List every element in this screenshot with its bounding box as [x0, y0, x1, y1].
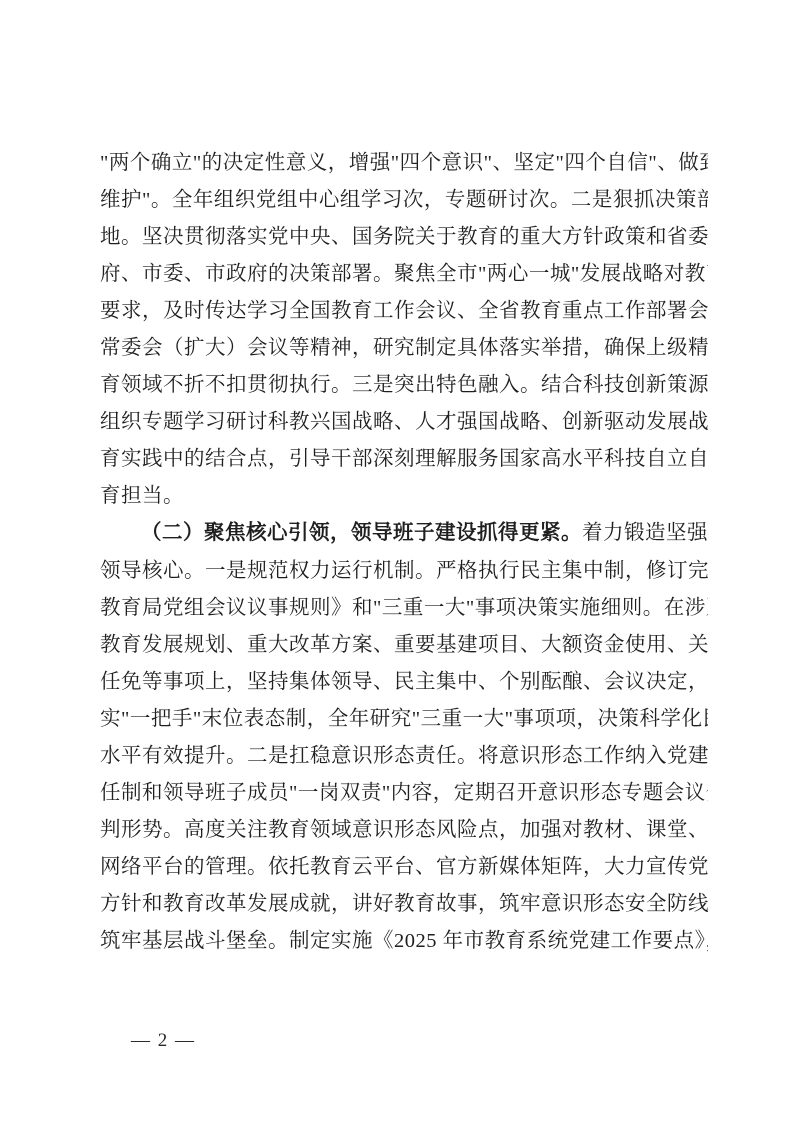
section-heading-tail: 着力锻造坚强有力的: [582, 522, 708, 544]
text-line: 育担当。: [100, 478, 708, 515]
text-line: 判形势。高度关注教育领域意识形态风险点，加强对教材、课堂、讲座、: [100, 812, 708, 849]
page-number: — 2 —: [131, 1029, 196, 1053]
text-line: 筑牢基层战斗堡垒。制定实施《2025 年市教育系统党建工作要点》，扎实: [100, 923, 708, 960]
text-line: 要求，及时传达学习全国教育工作会议、全省教育重点工作部署会、市委: [100, 293, 708, 330]
text-line: 府、市委、市政府的决策部署。聚焦全市"两心一城"发展战略对教育的新: [100, 256, 708, 293]
text-line: "两个确立"的决定性意义，增强"四个意识"、坚定"四个自信"、做到"两个: [100, 145, 708, 182]
text-line: 任免等事项上，坚持集体领导、民主集中、个别酝酿、会议决定，严格落: [100, 664, 708, 701]
section-heading: （二）聚焦核心引领，领导班子建设抓得更紧。: [141, 522, 582, 544]
text-line: 育领域不折不扣贯彻执行。三是突出特色融入。结合科技创新策源地定位，: [100, 367, 708, 404]
text-line: 教育发展规划、重大改革方案、重要基建项目、大额资金使用、关键人事: [100, 627, 708, 664]
text-line: 教育局党组会议议事规则》和"三重一大"事项决策实施细则。在涉及全市: [100, 590, 708, 627]
paragraph-continuation: "两个确立"的决定性意义，增强"四个意识"、坚定"四个自信"、做到"两个 维护"…: [100, 145, 708, 515]
text-line: 实"一把手"末位表态制，全年研究"三重一大"事项项，决策科学化民主化: [100, 701, 708, 738]
text-line: 地。坚决贯彻落实党中央、国务院关于教育的重大方针政策和省委、省政: [100, 219, 708, 256]
text-line: 组织专题学习研讨科教兴国战略、人才强国战略、创新驱动发展战略在教: [100, 404, 708, 441]
document-page: "两个确立"的决定性意义，增强"四个意识"、坚定"四个自信"、做到"两个 维护"…: [0, 0, 793, 1122]
text-line: 维护"。全年组织党组中心组学习次，专题研讨次。二是狠抓决策部署落: [100, 182, 708, 219]
body-text: "两个确立"的决定性意义，增强"四个意识"、坚定"四个自信"、做到"两个 维护"…: [100, 145, 708, 960]
text-line: 水平有效提升。二是扛稳意识形态责任。将意识形态工作纳入党建工作责: [100, 738, 708, 775]
text-line: 常委会（扩大）会议等精神，研究制定具体落实举措，确保上级精神在教: [100, 330, 708, 367]
paragraph-section-2: （二）聚焦核心引领，领导班子建设抓得更紧。着力锻造坚强有力的 领导核心。一是规范…: [100, 515, 708, 960]
text-line: 网络平台的管理。依托教育云平台、官方新媒体矩阵，大力宣传党的教育: [100, 849, 708, 886]
text-line: 方针和教育改革发展成就，讲好教育故事，筑牢意识形态安全防线。三是: [100, 886, 708, 923]
text-line: 任制和领导班子成员"一岗双责"内容，定期召开意识形态专题会议分析研: [100, 775, 708, 812]
text-line: 领导核心。一是规范权力运行机制。严格执行民主集中制，修订完善《市: [100, 553, 708, 590]
text-line: 育实践中的结合点，引导干部深刻理解服务国家高水平科技自立自强的教: [100, 441, 708, 478]
text-line: （二）聚焦核心引领，领导班子建设抓得更紧。着力锻造坚强有力的: [100, 515, 708, 552]
